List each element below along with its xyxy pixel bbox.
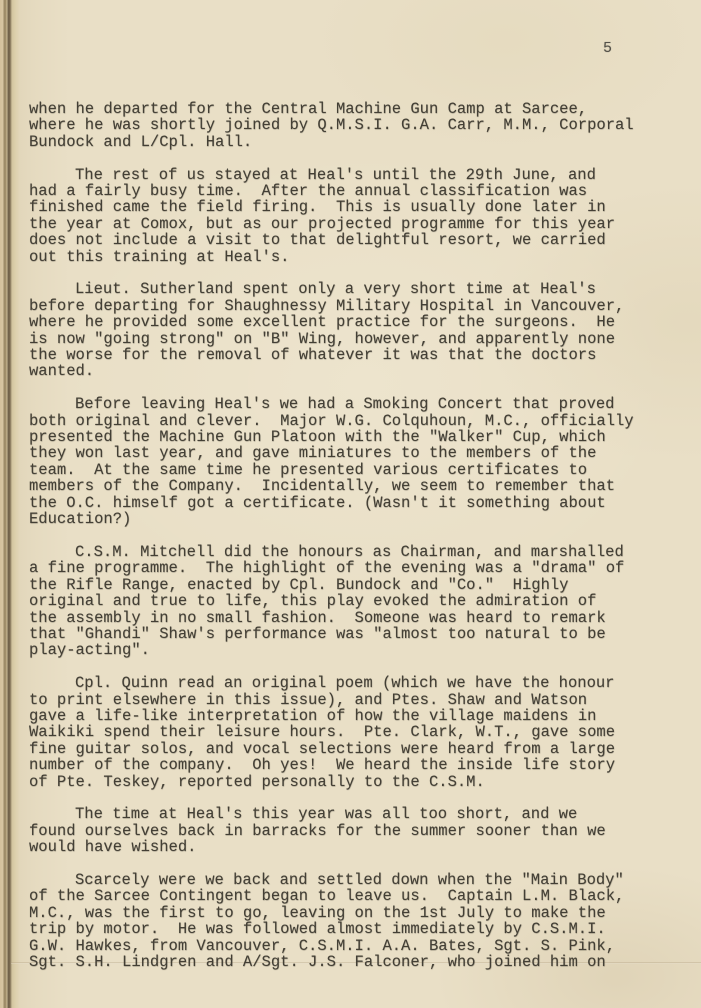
page-number: 5 <box>603 40 612 57</box>
paragraph-main-body-departure: Scarcely were we back and settled down w… <box>29 872 689 970</box>
paragraph-lieut-sutherland: Lieut. Sutherland spent only a very shor… <box>29 281 689 379</box>
paragraph-smoking-concert: Before leaving Heal's we had a Smoking C… <box>29 396 689 527</box>
paragraph-cpl-quinn: Cpl. Quinn read an original poem (which … <box>29 675 689 790</box>
paragraph-csm-mitchell: C.S.M. Mitchell did the honours as Chair… <box>29 544 689 659</box>
paragraph-heals-stay: The rest of us stayed at Heal's until th… <box>29 167 689 265</box>
document-text: when he departed for the Central Machine… <box>29 101 689 987</box>
paragraph-continued-from-previous-page: when he departed for the Central Machine… <box>29 101 689 150</box>
page-binding-edge <box>0 0 20 1008</box>
scanned-document-page: 5 when he departed for the Central Machi… <box>0 0 701 1008</box>
paragraph-time-at-heals: The time at Heal's this year was all too… <box>29 806 689 855</box>
